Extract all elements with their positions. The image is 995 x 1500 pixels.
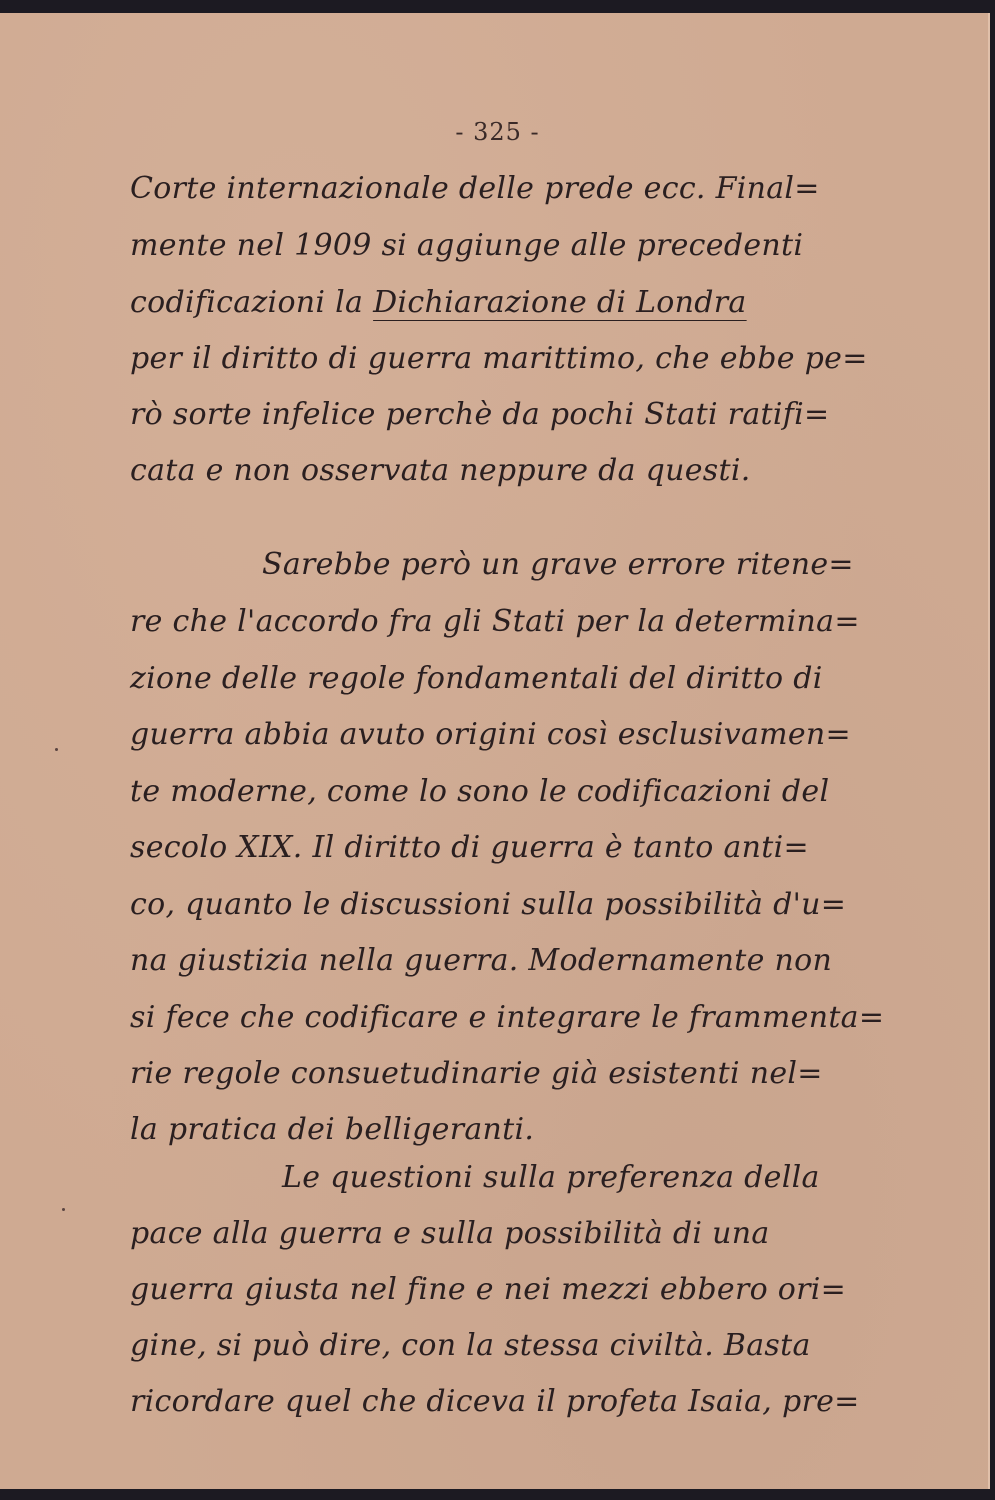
underlined-title: Dichiarazione di Londra [373, 285, 747, 320]
text-line: cata e non osservata neppure da questi. [130, 453, 860, 488]
text-line: zione delle regole fondamentali del diri… [130, 661, 860, 696]
text-line: gine, si può dire, con la stessa civiltà… [130, 1328, 860, 1363]
text-segment: codificazioni la [130, 285, 373, 320]
text-line: rie regole consuetudinarie già esistenti… [130, 1056, 860, 1091]
text-line: Corte internazionale delle prede ecc. Fi… [130, 171, 860, 206]
text-line: mente nel 1909 si aggiunge alle preceden… [130, 228, 860, 263]
text-line: secolo XIX. Il diritto di guerra è tanto… [130, 830, 860, 865]
text-line: na giustizia nella guerra. Modernamente … [130, 943, 860, 978]
text-line: codificazioni la Dichiarazione di Londra [130, 285, 860, 320]
text-line: re che l'accordo fra gli Stati per la de… [130, 604, 860, 639]
text-line: guerra giusta nel fine e nei mezzi ebber… [130, 1272, 860, 1307]
page-number: - 325 - [0, 118, 995, 146]
text-line: Sarebbe però un grave errore ritene= [262, 547, 862, 582]
text-line: ricordare quel che diceva il profeta Isa… [130, 1384, 860, 1419]
text-line: rò sorte infelice perchè da pochi Stati … [130, 397, 860, 432]
text-line: la pratica dei belligeranti. [130, 1112, 860, 1147]
text-line: guerra abbia avuto origini così esclusiv… [130, 717, 860, 752]
text-line: pace alla guerra e sulla possibilità di … [130, 1216, 860, 1251]
text-line: te moderne, come lo sono le codificazion… [130, 774, 860, 809]
margin-mark [55, 748, 58, 751]
text-line: si fece che codificare e integrare le fr… [130, 1000, 860, 1035]
text-line: per il diritto di guerra marittimo, che … [130, 341, 860, 376]
margin-mark [62, 1208, 65, 1211]
text-line: co, quanto le discussioni sulla possibil… [130, 887, 860, 922]
text-line: Le questioni sulla preferenza della [282, 1160, 862, 1195]
manuscript-page: - 325 - Corte internazionale delle prede… [0, 13, 990, 1489]
